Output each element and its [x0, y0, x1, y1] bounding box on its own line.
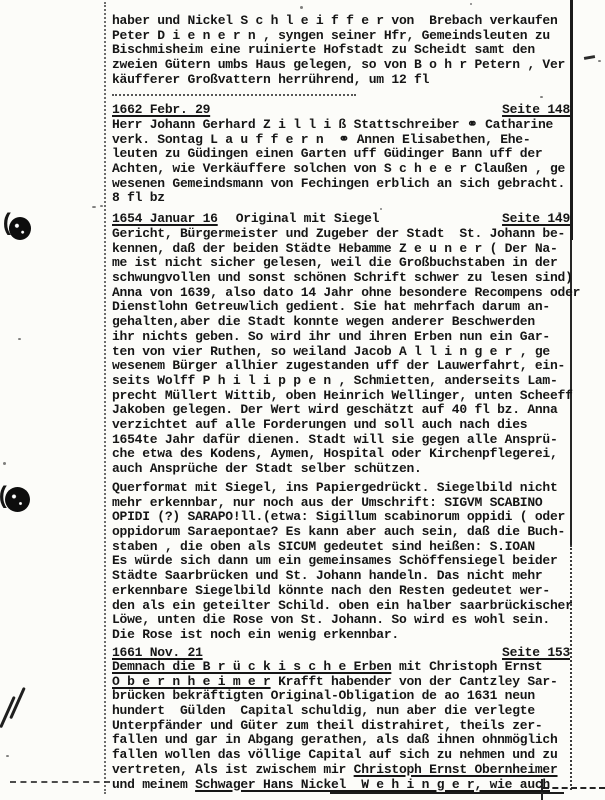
text-line: verk. Sontag L a u f f e r n ⚭ Annen Eli…	[112, 133, 570, 148]
text-line: und meinem Schwager Hans Nickel W e h i …	[112, 778, 570, 793]
text-line: haber und Nickel S c h l e i f f e r von…	[112, 14, 570, 29]
text-line: den als ein geteilter Schild. oben ein h…	[112, 599, 570, 614]
entry-header-1662: 1662 Febr. 29 Seite 148	[112, 102, 570, 117]
text-line: schwungvollen und sonst schönen Schrift …	[112, 271, 570, 286]
text-line: Löwe, unten die Rose von St. Johann. So …	[112, 613, 570, 628]
text-segment: Krafft habender von der Cantzley Sar-	[271, 674, 558, 689]
margin-dash-mark	[10, 781, 110, 783]
scan-speck	[300, 6, 303, 9]
entry-date: 1662 Febr. 29	[112, 102, 210, 117]
scan-speck	[380, 208, 382, 210]
text-line: brücken bekräftigten Original-Obligation…	[112, 689, 570, 704]
entry-body-1654-paragraph-1: Gericht, Bürgermeister und Zugeber der S…	[112, 227, 570, 477]
text-line: verzichtet auf alle Forderungen und soll…	[112, 418, 570, 433]
right-margin-line-bottom	[570, 545, 572, 790]
scan-speck	[598, 60, 601, 62]
continuation-paragraph: haber und Nickel S c h l e i f f e r von…	[112, 14, 570, 87]
text-line: Dienstlohn Getreuwlich gedient. Sie hat …	[112, 300, 570, 315]
text-line: Es würde sich dann um ein gemeinsames Sc…	[112, 554, 570, 569]
text-line: Bischmisheim eine ruinierte Hofstadt zu …	[112, 43, 570, 58]
text-line: precht Müllert Wittib, oben Heinrich Wel…	[112, 389, 570, 404]
text-line: fallen wollen das völlige Capital auf si…	[112, 748, 570, 763]
entry-note	[221, 645, 502, 660]
entry-page-ref: Seite 153	[502, 645, 570, 660]
underlined-text-segment: O b e r n h e i m e r	[112, 674, 271, 689]
entry-page-ref: Seite 149	[502, 211, 570, 226]
punch-hole-mark	[9, 217, 31, 240]
entry-body-1661: Demnach die B r ü c k i s c h e Erben mi…	[112, 660, 570, 792]
text-line: Demnach die B r ü c k i s c h e Erben mi…	[112, 660, 570, 675]
scan-speck	[470, 3, 472, 5]
text-line: käufferer Großvattern herrührend, um 12 …	[112, 73, 570, 88]
scan-speck	[3, 462, 6, 465]
entry-page-ref: Seite 148	[502, 102, 570, 117]
text-line: Gericht, Bürgermeister und Zugeber der S…	[112, 227, 570, 242]
text-line: wesenem Bürger allhier zugestanden uff d…	[112, 359, 570, 374]
text-line: ten von vier Ruthen, so weiland Jacob A …	[112, 345, 570, 360]
text-line: 1654te Jahr dafür dienen. Stadt will sie…	[112, 433, 570, 448]
text-line: O b e r n h e i m e r Krafft habender vo…	[112, 675, 570, 690]
text-line: vertreten, Als ist zwischem mir Christop…	[112, 763, 570, 778]
double-underline-mark	[330, 792, 564, 794]
text-segment: vertreten, Als ist zwischem mir	[112, 762, 354, 777]
text-line: Anna von 1639, also dato 14 Jahr ohne be…	[112, 286, 570, 301]
text-line: che etwa des Kodens, Aymen, Hospital ode…	[112, 447, 570, 462]
scan-speck	[100, 205, 103, 207]
text-line: wesenen Gemeindsmann von Fechingen erbli…	[112, 177, 570, 192]
text-line: Die Rose ist noch ein wenig erkennbar.	[112, 628, 570, 643]
scan-speck	[6, 755, 9, 757]
text-line: Jakoben gelegen. Der Wert wird geschätzt…	[112, 403, 570, 418]
scan-speck	[92, 206, 96, 208]
entry-note	[228, 102, 502, 117]
text-line: OPIDI (?) SARAPO!ll.(etwa: Sigillum scab…	[112, 510, 570, 525]
text-line: mehr erkennbar, nur noch aus der Umschri…	[112, 496, 570, 511]
entry-note: Original mit Siegel	[236, 211, 502, 226]
text-line: Querformat mit Siegel, ins Papiergedrück…	[112, 481, 570, 496]
text-line: Herr Johann Gerhard Z i l l i ß Stattsch…	[112, 118, 570, 133]
underlined-text-segment: Schwager Hans Nickel W e h i n g e r, wi…	[195, 777, 550, 792]
text-line: Unterpfänder und Güter zum theil distrah…	[112, 719, 570, 734]
entry-body-1654-paragraph-2: Querformat mit Siegel, ins Papiergedrück…	[112, 481, 570, 643]
text-line: me ist nicht sicher gelesen, weil die Gr…	[112, 256, 570, 271]
text-line: Achten, wie Verkäuffere solchen von S c …	[112, 162, 570, 177]
text-line: gehalten,aber die Stadt konnte wegen and…	[112, 315, 570, 330]
text-line: Städte Saarbrücken und St. Johann handel…	[112, 569, 570, 584]
underlined-text-segment: Christoph Ernst Obernheimer	[354, 762, 558, 777]
text-line: erkennbare Siegelbild könnte nach den Re…	[112, 584, 570, 599]
entry-body-1662: Herr Johann Gerhard Z i l l i ß Stattsch…	[112, 118, 570, 206]
scan-speck	[18, 338, 21, 340]
punch-hole-mark	[5, 487, 30, 512]
top-right-speck-mark	[584, 55, 595, 60]
text-line: leuten zu Güdingen einen Garten uff Güdi…	[112, 147, 570, 162]
dotted-separator-line	[112, 94, 356, 96]
scanned-document-page: ( ( haber und Nickel S c h l e i f f e r…	[0, 0, 605, 800]
text-line: staben , die oben als SICUM gedeutet sin…	[112, 540, 570, 555]
scan-speck	[540, 96, 543, 98]
text-line: auch Ansprüche der Stadt selber schützen…	[112, 462, 570, 477]
entry-header-1654: 1654 Januar 16 Original mit Siegel Seite…	[112, 211, 570, 226]
entry-date: 1654 Januar 16	[112, 211, 218, 226]
text-line: ihr nichts geben. So wird ihr und ihren …	[112, 330, 570, 345]
text-line: kennen, daß der beiden Städte Hebamme Z …	[112, 242, 570, 257]
text-line: fallen und gar in Abgang gerathen, als d…	[112, 733, 570, 748]
right-margin-line-top	[570, 0, 573, 240]
entry-date: 1661 Nov. 21	[112, 645, 203, 660]
text-line: hundert Gülden Capital schuldig, nun abe…	[112, 704, 570, 719]
text-line: Peter D i e n e r n , syngen seiner Hfr,…	[112, 29, 570, 44]
text-line: oppidorum Saraepontae? Es kann aber auch…	[112, 525, 570, 540]
entry-header-1661: 1661 Nov. 21 Seite 153	[112, 645, 570, 660]
text-line: seits Wolff P h i l i p p e n , Schmiett…	[112, 374, 570, 389]
left-margin-dotted-line	[104, 2, 106, 794]
text-segment: und meinem	[112, 777, 195, 792]
underlined-text-segment: Demnach die B r ü c k i s c h e Erben	[112, 659, 391, 674]
text-line: 8 fl bz	[112, 191, 570, 206]
text-segment: mit Christoph Ernst	[391, 659, 542, 674]
text-line: zweien Gütern umbs Haus gelegen, so von …	[112, 58, 570, 73]
